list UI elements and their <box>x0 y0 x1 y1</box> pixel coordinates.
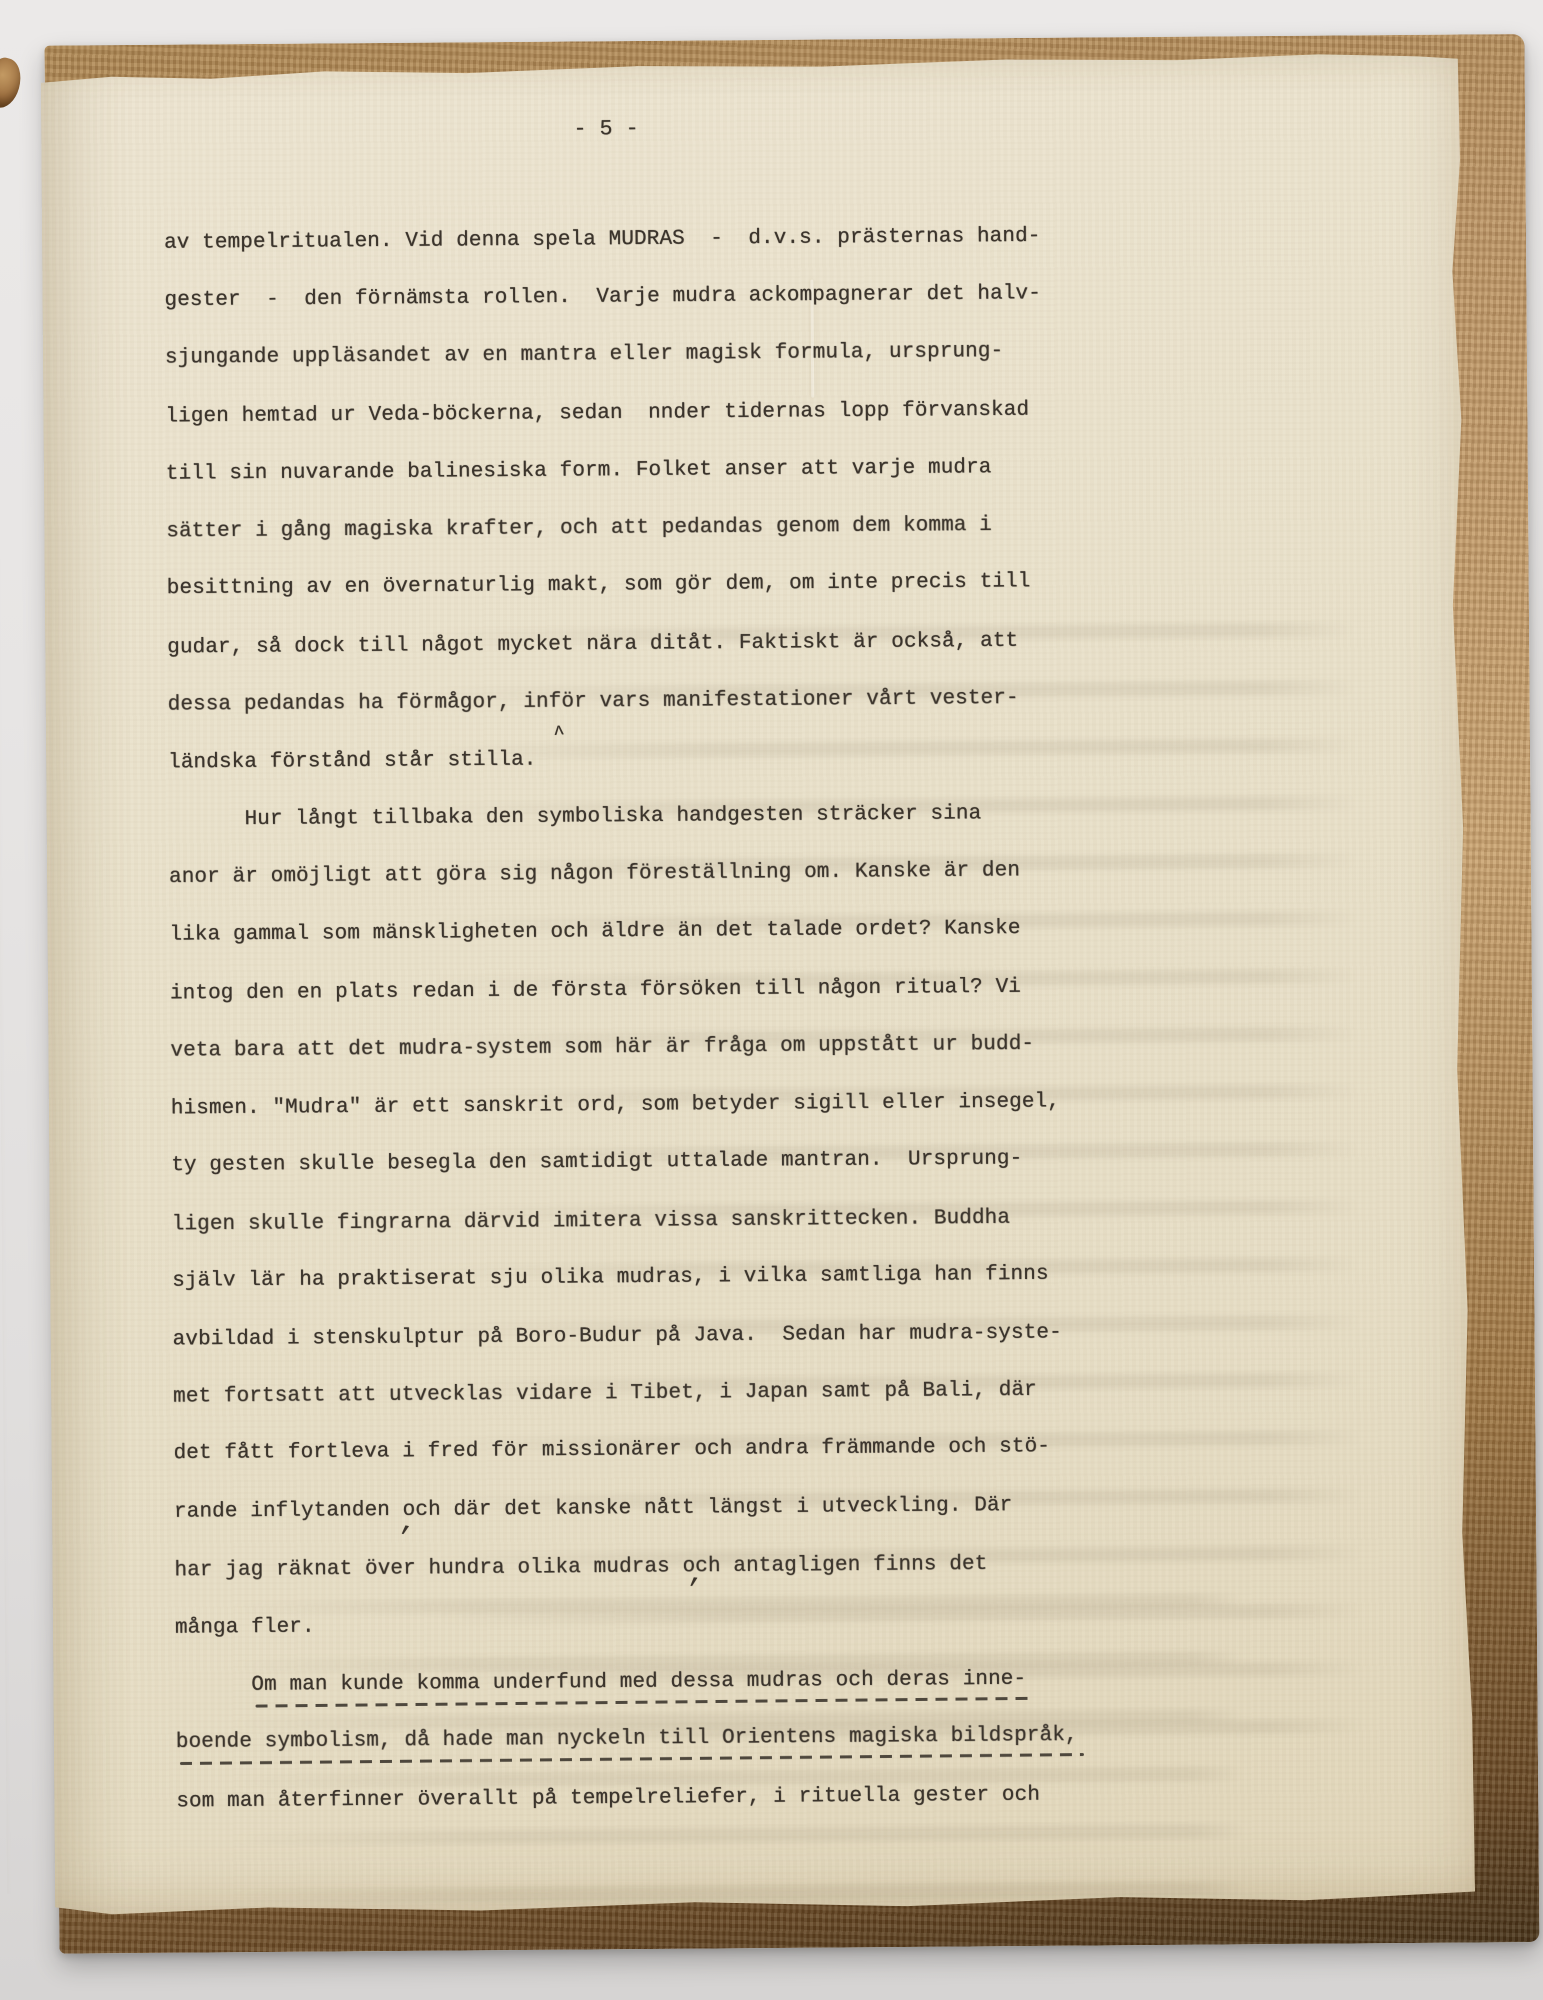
manuscript-page: - 5 - av tempelritualen. Vid denna spela… <box>41 49 1476 1916</box>
typed-line: gudar, så dock till något mycket nära di… <box>167 613 1018 677</box>
typed-line: hismen. "Mudra" är ett sanskrit ord, som… <box>171 1074 1061 1139</box>
photo-backdrop: - 5 - av tempelritualen. Vid denna spela… <box>0 0 1543 2000</box>
typed-line: veta bara att det mudra-system som här ä… <box>170 1016 1034 1080</box>
book: - 5 - av tempelritualen. Vid denna spela… <box>0 0 1543 2000</box>
typed-line: till sin nuvarande balinesiska form. Fol… <box>166 439 992 503</box>
typed-line: besittning av en övernaturlig makt, som … <box>167 553 1031 617</box>
typed-text-block: av tempelritualen. Vid denna spela MUDRA… <box>164 207 1187 1830</box>
typed-line: som man återfinner överallt på tempelrel… <box>176 1766 1040 1830</box>
pen-caret-mark: ʌ <box>553 721 565 741</box>
typed-line: det fått fortleva i fred för missionärer… <box>173 1419 1050 1484</box>
typed-line: intog den en plats redan i de första för… <box>170 959 1021 1023</box>
typed-line: sjungande uppläsandet av en mantra eller… <box>165 324 1004 388</box>
typed-line: ligen skulle fingrarna därvid imitera vi… <box>172 1190 1011 1254</box>
typed-line: många fler. <box>175 1598 315 1657</box>
typed-line: har jag räknat över hundra olika mudras … <box>174 1536 987 1600</box>
typed-line: dessa pedandas ha förmågor, inför vars m… <box>167 670 1018 734</box>
typed-line: själv lär ha praktiserat sju olika mudra… <box>172 1246 1049 1311</box>
typed-line: met fortsatt att utvecklas vidare i Tibe… <box>173 1362 1037 1426</box>
typed-line: avbildad i stenskulptur på Boro-Budur på… <box>172 1304 1062 1369</box>
typed-line: boende symbolism, då hade man nyckeln ti… <box>176 1707 1078 1772</box>
typed-line: lika gammal som mänskligheten och äldre … <box>169 900 1020 964</box>
typed-line: ländska förstånd står stilla. <box>168 732 537 793</box>
typed-line: rande inflytanden och där det kanske nåt… <box>174 1477 1013 1541</box>
typed-line: sätter i gång magiska krafter, och att p… <box>166 497 992 561</box>
typed-line: av tempelritualen. Vid denna spela MUDRA… <box>164 208 1041 273</box>
typed-line: anor är omöjligt att göra sig någon före… <box>169 842 1020 906</box>
page-number: - 5 - <box>496 116 716 142</box>
typed-line: Hur långt tillbaka den symboliska handge… <box>168 785 981 849</box>
typed-line: ligen hemtad ur Veda-böckerna, sedan nnd… <box>165 382 1029 446</box>
typed-line: ty gesten skulle besegla den samtidigt u… <box>171 1130 1022 1194</box>
typed-line: Om man kunde komma underfund med dessa m… <box>175 1651 1026 1715</box>
typed-line: gester - den förnämsta rollen. Varje mud… <box>164 265 1041 330</box>
